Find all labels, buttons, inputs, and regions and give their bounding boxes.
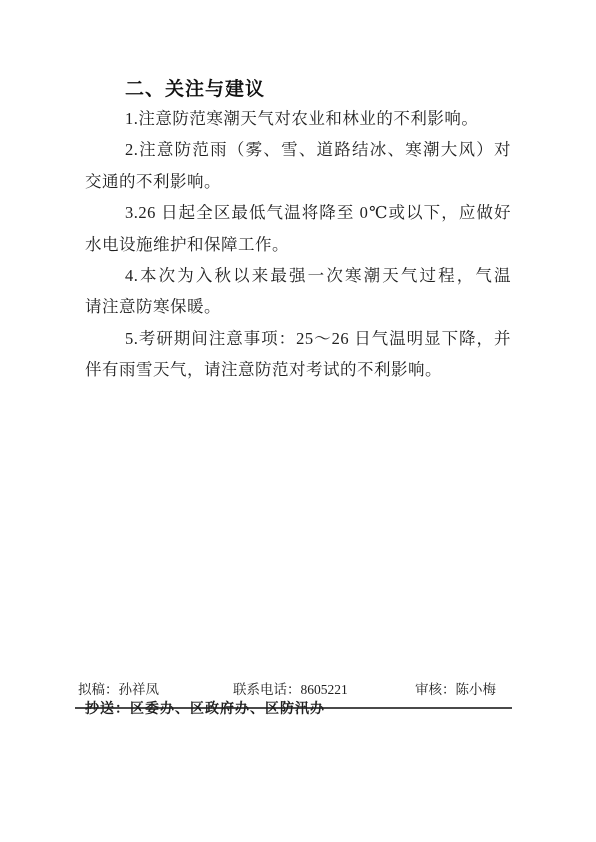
section-heading: 二、关注与建议 bbox=[125, 74, 265, 105]
document-body: 1.注意防范寒潮天气对农业和林业的不利影响。 2.注意防范雨（雾、雪、道路结冰、… bbox=[85, 103, 511, 386]
body-line-8: 5.考研期间注意事项：25～26 日气温明显下降，并 bbox=[85, 323, 511, 354]
body-line-6: 4.本次为入秋以来最强一次寒潮天气过程，气温低， bbox=[85, 260, 511, 291]
contact-phone-field: 联系电话：8605221 bbox=[233, 681, 348, 699]
cc-line: 抄送：区委办、区政府办、区防汛办 bbox=[85, 701, 325, 719]
body-line-1: 1.注意防范寒潮天气对农业和林业的不利影响。 bbox=[85, 103, 511, 134]
footer-meta-row: 拟稿：孙祥凤 联系电话：8605221 审核：陈小梅 bbox=[0, 681, 596, 701]
body-line-4: 3.26 日起全区最低气温将降至 0℃或以下，应做好 bbox=[85, 197, 511, 228]
body-line-3: 交通的不利影响。 bbox=[85, 166, 511, 197]
body-line-5: 水电设施维护和保障工作。 bbox=[85, 229, 511, 260]
reviewer-field: 审核：陈小梅 bbox=[415, 681, 496, 699]
body-line-7: 请注意防寒保暖。 bbox=[85, 291, 511, 322]
document-page: 二、关注与建议 1.注意防范寒潮天气对农业和林业的不利影响。 2.注意防范雨（雾… bbox=[0, 0, 596, 842]
body-line-2: 2.注意防范雨（雾、雪、道路结冰、寒潮大风）对 bbox=[85, 134, 511, 165]
body-line-9: 伴有雨雪天气，请注意防范对考试的不利影响。 bbox=[85, 354, 511, 385]
drafter-field: 拟稿：孙祥凤 bbox=[78, 681, 159, 699]
